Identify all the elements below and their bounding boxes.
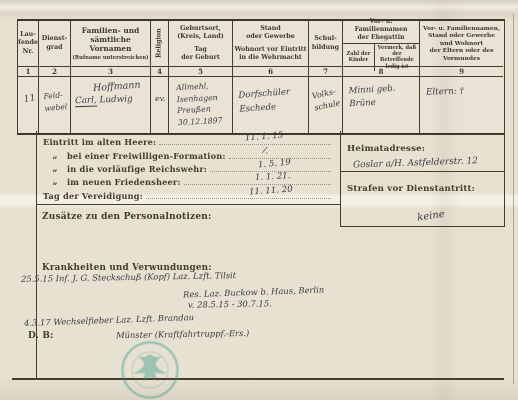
form-bottom-line: [12, 378, 504, 380]
col-header-stand-wohnort: Stand oder GewerbeWohnort vor Eintritt i…: [232, 21, 308, 67]
handwritten-number: 11: [23, 93, 36, 105]
handwritten-spouse: Minni geb. Brüne: [348, 83, 396, 111]
handwritten-occupation: Dorfschüler Eschede: [238, 86, 291, 117]
col4-header-text: Religion: [155, 29, 163, 59]
ditto-mark: „: [43, 151, 67, 161]
db-label: D. B:: [28, 331, 54, 341]
col7-header-text: Schul- bildung: [312, 35, 339, 51]
cell-dienstgrad: Feld- webel: [38, 77, 70, 133]
entry-label: Tag der Vereidigung:: [43, 191, 143, 201]
col3-subtitle: (Rufname unterstreichen): [72, 55, 148, 61]
handwriting-wound-line-4: 4.3.17 Wechselfieber Laz. Lzft. Brandau: [24, 312, 194, 328]
col9-number: 9: [419, 67, 503, 77]
handwritten-religion: ev.: [155, 94, 166, 103]
entry-label: in die vorläufige Reichswehr:: [67, 164, 207, 174]
handwritten-date: 1. 5. 19: [258, 158, 292, 171]
col-header-ehegattin: Vor- u. Familiennamen der Ehegattin Zahl…: [342, 21, 419, 67]
cell-religion: ev.: [150, 77, 168, 133]
entry-row-vereidigung: Tag der Vereidigung: 11. 11. 20: [43, 189, 333, 201]
ditto-mark: „: [43, 164, 67, 174]
col1-number: 1: [18, 67, 38, 77]
col5-number: 5: [168, 67, 232, 77]
col2-header-text: Dienst- grad: [42, 35, 68, 51]
handwritten-date: 11. 1. 15: [244, 131, 283, 144]
handwritten-date: 11. 11. 20: [249, 184, 293, 197]
dotted-leader: [184, 184, 331, 185]
entry-label: im neuen Friedensheer:: [67, 177, 181, 187]
cell-laufende-nr: 11: [18, 77, 38, 133]
col4-number: 4: [150, 67, 168, 77]
cell-eltern: Eltern: †: [419, 77, 503, 133]
col7-number: 7: [308, 67, 342, 77]
col-header-schulbildung: Schul- bildung: [308, 21, 342, 67]
eagle-icon: [133, 354, 167, 381]
handwritten-givennames: Carl, Ludwig: [75, 94, 148, 107]
handwriting-wound-line-2: Res. Laz. Buckow b. Haus, Berlin: [183, 285, 324, 300]
zusaetze-label: Zusätze zu den Personalnotizen:: [42, 212, 212, 222]
entry-label: Eintritt im alten Heere:: [43, 137, 156, 147]
handwritten-schooling: Volks- schule: [311, 86, 341, 114]
entry-row-altes-heer: Eintritt im alten Heere: 11. 1. 15: [43, 135, 333, 147]
col-header-dienstgrad: Dienst- grad: [38, 21, 70, 67]
rufname-underlined: Carl,: [75, 96, 97, 108]
cell-geburtsort: Allmehl, Isenhagen Preußen 30.12.1897: [168, 77, 232, 133]
strafen-label: Strafen vor Dienstantritt:: [347, 184, 475, 194]
cell-ehegattin: Minni geb. Brüne: [342, 77, 419, 133]
col-header-geburtsort: Geburtsort, (Kreis, Land)Tag der Geburt: [168, 21, 232, 67]
col-header-religion: Religion: [150, 21, 168, 67]
col-header-namen: Familien- und sämtliche Vornamen(Rufname…: [70, 21, 150, 67]
handwritten-date: 1. 1. 21.: [255, 171, 291, 183]
handwriting-wound-line-3: v. 28.5.15 - 30.7.15.: [188, 298, 272, 309]
middle-divider-line: [340, 131, 341, 227]
personnel-table: Lau- fende Nr. Dienst- grad Familien- un…: [17, 19, 505, 135]
dotted-leader: [159, 144, 331, 145]
scanned-personnel-form: Lau- fende Nr. Dienst- grad Familien- un…: [0, 0, 518, 400]
handwritten-parents: Eltern: †: [426, 86, 464, 97]
heimatadresse-label: Heimatadresse:: [347, 144, 425, 154]
col9-header-text: Vor- u. Familiennamen, Stand oder Gewerb…: [423, 25, 500, 63]
service-entry-box: Eintritt im alten Heere: 11. 1. 15 „ bei…: [37, 133, 339, 203]
col6-top: Stand oder Gewerbe: [246, 25, 295, 41]
dotted-leader: [146, 198, 331, 199]
cell-name: Hoffmann Carl, Ludwig: [70, 77, 150, 133]
heimatadresse-box: Heimatadresse: Goslar a/H. Astfelderstr.…: [342, 134, 503, 170]
col8-title: Vor- u. Familiennamen der Ehegattin: [343, 16, 419, 44]
col5-bottom: Tag der Geburt: [181, 46, 220, 62]
col8-number: 8: [342, 67, 419, 77]
svg-text:•: •: [122, 377, 124, 382]
col3-title: Familien- und sämtliche Vornamen: [72, 26, 149, 54]
handwritten-birth: Allmehl, Isenhagen Preußen 30.12.1897: [176, 80, 223, 129]
heimat-divider-line: [340, 171, 505, 172]
svg-text:•: •: [176, 377, 178, 382]
col2-number: 2: [38, 67, 70, 77]
ditto-mark: „: [43, 177, 67, 187]
service-box-bottom-line: [36, 204, 341, 205]
col-header-eltern: Vor- u. Familiennamen, Stand oder Gewerb…: [419, 21, 503, 67]
entry-label: bei einer Freiwilligen-Formation:: [67, 151, 226, 161]
official-stamp: • • • •: [112, 337, 188, 399]
col5-top: Geburtsort, (Kreis, Land): [177, 25, 224, 41]
strafen-bottom-line: [340, 226, 505, 227]
cell-schulbildung: Volks- schule: [308, 77, 342, 133]
col6-bottom: Wohnort vor Eintritt in die Wehrmacht: [234, 46, 306, 62]
cell-stand-wohnort: Dorfschüler Eschede: [232, 77, 308, 133]
paper-edge-shadow: [513, 14, 514, 384]
handwritten-date: /.: [262, 145, 270, 156]
col6-number: 6: [232, 67, 308, 77]
right-border-line: [504, 131, 505, 227]
handwritten-rank: Feld- webel: [43, 89, 68, 114]
handwritten-surname: Hoffmann: [93, 79, 149, 94]
col-header-laufende-nr: Lau- fende Nr.: [18, 21, 38, 67]
handwritten-strafen: keine: [417, 201, 499, 223]
handwritten-home-address: Goslar a/H. Astfelderstr. 12: [353, 155, 498, 170]
col1-header-text: Lau- fende Nr.: [18, 31, 38, 56]
col3-number: 3: [70, 67, 150, 77]
strafen-box: Strafen vor Dienstantritt: keine: [342, 173, 503, 225]
